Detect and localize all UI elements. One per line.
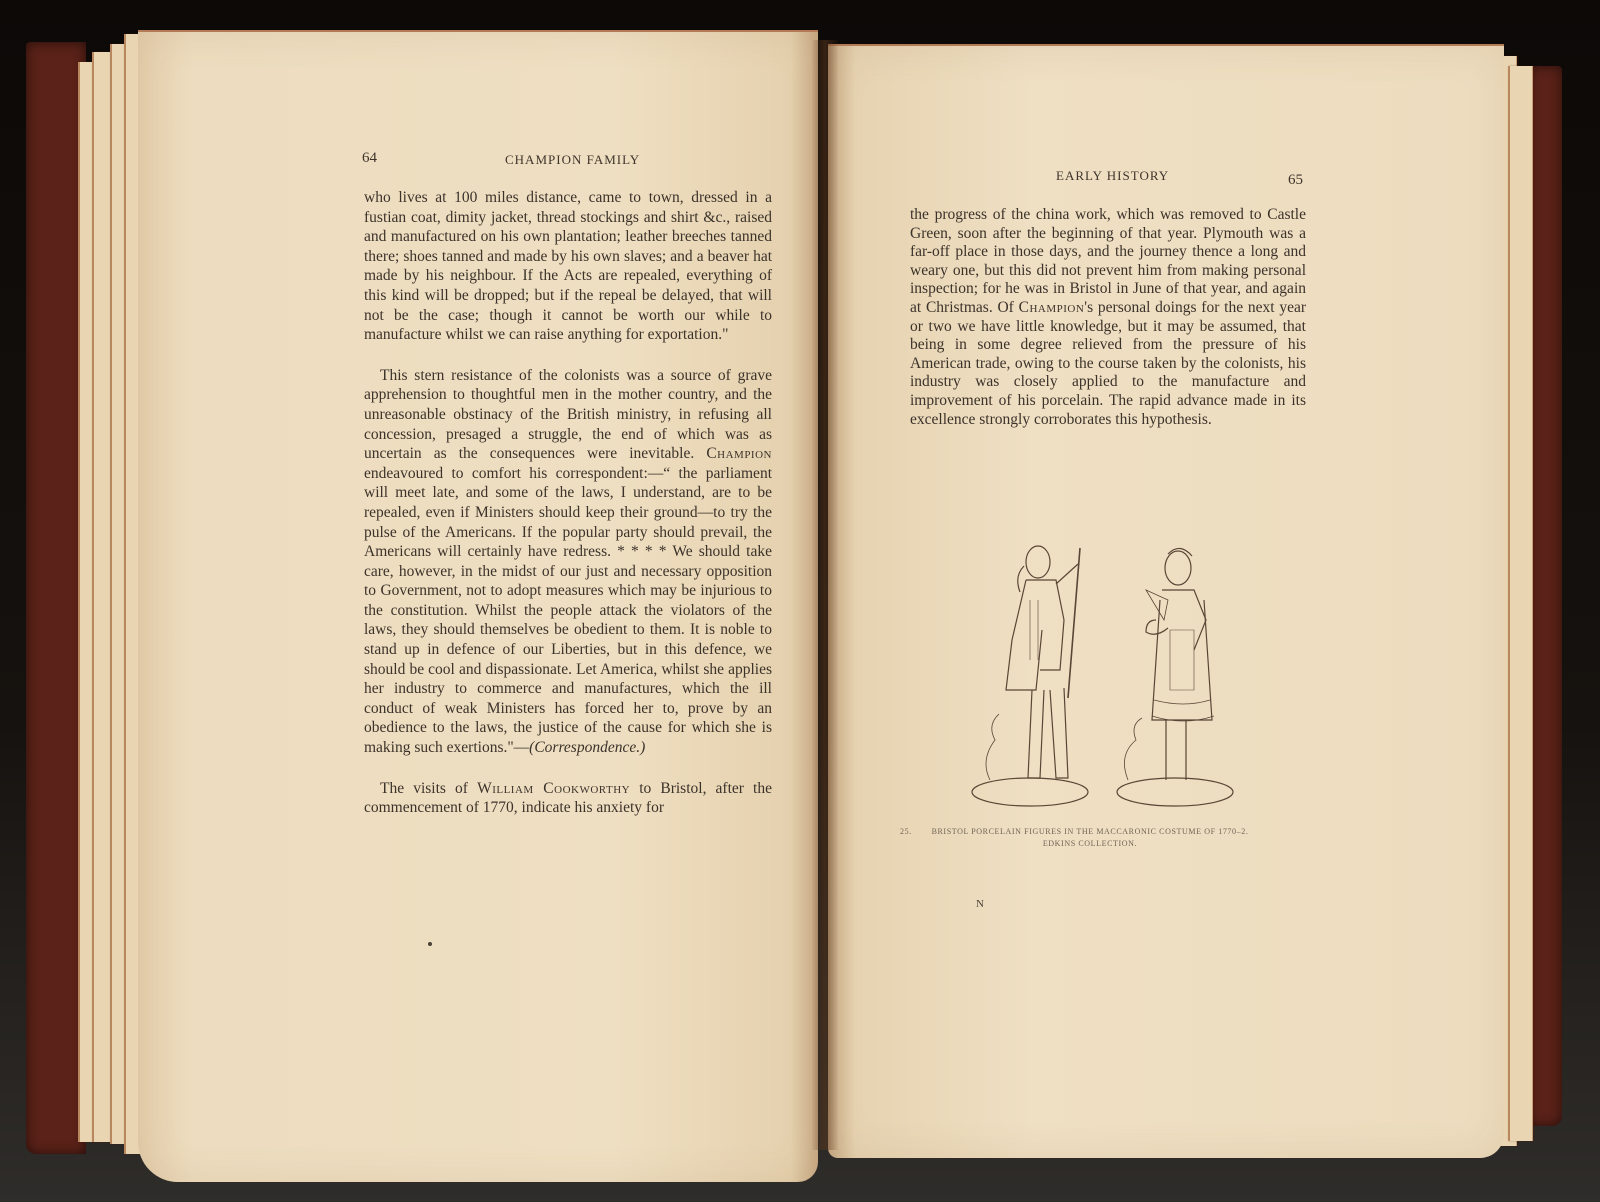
- left-text-block: who lives at 100 miles distance, came to…: [364, 188, 772, 818]
- name-champion: Champion: [706, 445, 772, 462]
- source-citation: (Correspondence.): [529, 739, 645, 756]
- print-dot: [428, 942, 432, 946]
- paragraph: the progress of the china work, which wa…: [910, 206, 1306, 429]
- right-text-block: the progress of the china work, which wa…: [910, 206, 1306, 429]
- paragraph: The visits of William Cookworthy to Bris…: [364, 779, 772, 818]
- caption-line-2: EDKINS COLLECTION.: [900, 838, 1280, 850]
- figure-caption: 25. BRISTOL PORCELAIN FIGURES IN THE MAC…: [900, 826, 1280, 850]
- left-page-number: 64: [362, 150, 377, 167]
- right-page-number: 65: [1288, 172, 1303, 189]
- left-running-head: CHAMPION FAMILY: [505, 152, 640, 168]
- paragraph: This stern resistance of the colonists w…: [364, 366, 772, 758]
- figure-illustration[interactable]: [960, 540, 1250, 810]
- name-champion: Champion: [1019, 299, 1085, 316]
- figure-number: 25.: [900, 826, 912, 838]
- paragraph: who lives at 100 miles distance, came to…: [364, 188, 772, 345]
- porcelain-figures-engraving-icon: [960, 540, 1250, 810]
- name-william-cookworthy: William Cookworthy: [477, 780, 630, 797]
- caption-line-1: BRISTOL PORCELAIN FIGURES IN THE MACCARO…: [900, 826, 1280, 838]
- book-cover-left: [26, 42, 86, 1154]
- signature-mark: N: [976, 898, 984, 910]
- book-gutter: [812, 40, 838, 1150]
- book-cover-right: [1528, 66, 1562, 1126]
- right-running-head: EARLY HISTORY: [1056, 168, 1169, 184]
- page-stack-leaf: [1508, 66, 1533, 1141]
